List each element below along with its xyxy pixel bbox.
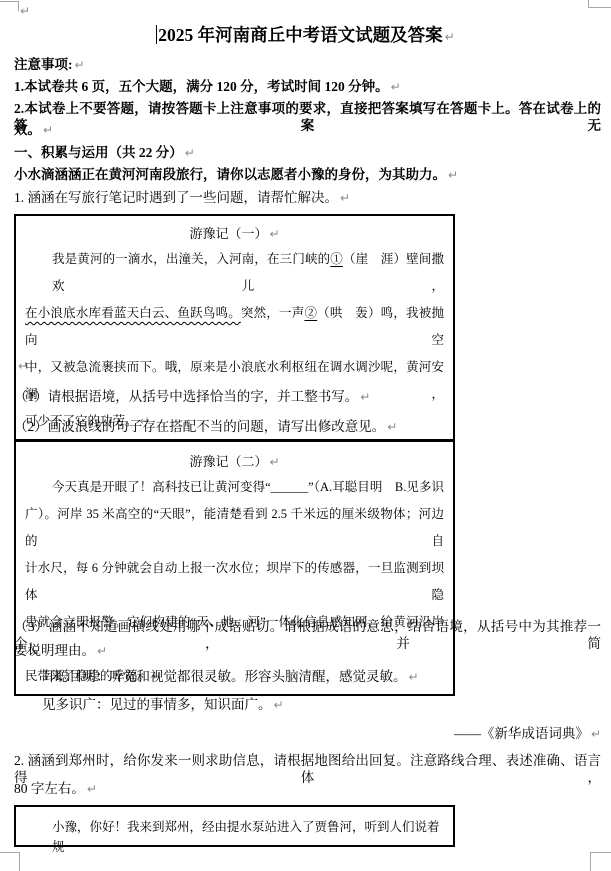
passage-1-line-1: 我是黄河的一滴水，出潼关，入河南，在三门峡的①（崖 涯）壁间撒欢儿， — [25, 246, 444, 300]
blank-underline: ______ — [271, 480, 309, 494]
paragraph-mark-icon: ↵ — [85, 781, 97, 798]
question-1-sub-1-text: （1）请根据语境，从括号中选择恰当的字，并工整书写。 — [14, 389, 358, 404]
section-intro: 小水滴涵涵正在黄河河南段旅行，请你以志愿者小豫的身份，为其助力。↵ — [14, 166, 601, 184]
passage-2-title-text: 游豫记（二） — [189, 454, 267, 469]
idiom-definition-2-text: 见多识广：见过的事情多，知识面广。 — [42, 697, 272, 712]
passage-2-line-1: 今天真是开眼了！高科技已让黄河变得“______”（A.耳聪目明 B.见多识 — [25, 474, 444, 501]
idiom-definition-1-text: 耳聪目明：听觉和视觉都很灵敏。形容头脑清醒，感觉灵敏。 — [42, 669, 407, 684]
paragraph-mark-icon: ↵ — [338, 190, 350, 207]
passage-text: ”（A.耳聪目明 B.见多识 — [308, 480, 444, 494]
paragraph-mark-icon: ↵ — [389, 79, 401, 96]
section-heading: 一、积累与运用（共 22 分）↵ — [14, 144, 601, 162]
passage-2-line-3: 计水尺，每 6 分钟就会自动上报一次水位；坝岸下的传感器，一旦监测到坝体隐 — [25, 555, 444, 609]
passage-text: 今天真是开眼了！高科技已让黄河变得“ — [52, 480, 271, 494]
message-line-1: 小豫，你好！我来到郑州，经由提水泵站进入了贾鲁河，听到人们说着规 — [25, 817, 444, 857]
idiom-definition-2: 见多识广：见过的事情多，知识面广。↵ — [42, 696, 611, 714]
notice-item-2-text: 效。 — [14, 122, 41, 137]
passage-2-line-2: 广）。河岸 35 米高空的“天眼”，能清楚看到 2.5 千米远的厘米级物体；河边… — [25, 501, 444, 555]
notice-item-1: 1.本试卷共 6 页，五个大题，满分 120 分，考试时间 120 分钟。↵ — [14, 78, 601, 96]
exam-title-text: 2025 年河南商丘中考语文试题及答案 — [158, 25, 442, 45]
source-citation-text: ——《新华成语词典》 — [454, 726, 589, 741]
question-1-sub-1: （1）请根据语境，从括号中选择恰当的字，并工整书写。↵ — [14, 388, 601, 406]
paragraph-mark-icon: ↵ — [267, 222, 279, 246]
passage-text: 突然，一声 — [241, 306, 305, 320]
passage-box-1: 游豫记（一）↵ 我是黄河的一滴水，出潼关，入河南，在三门峡的①（崖 涯）壁间撒欢… — [14, 214, 455, 441]
notice-heading-text: 注意事项: — [14, 57, 73, 72]
exam-title: 2025 年河南商丘中考语文试题及答案↵ — [0, 22, 611, 50]
paragraph-mark-icon: ↵ — [183, 145, 195, 162]
paragraph-mark-icon: ↵ — [358, 389, 370, 406]
section-heading-text: 一、积累与运用（共 22 分） — [14, 145, 183, 160]
notice-item-1-text: 1.本试卷共 6 页，五个大题，满分 120 分，考试时间 120 分钟。 — [14, 79, 389, 94]
document-page[interactable]: ↵ 2025 年河南商丘中考语文试题及答案↵ 注意事项:↵ 1.本试卷共 6 页… — [0, 0, 611, 871]
paragraph-mark-icon: ↵ — [41, 122, 53, 139]
notice-heading: 注意事项:↵ — [14, 56, 601, 74]
passage-1-title: 游豫记（一）↵ — [25, 222, 444, 246]
source-citation: ——《新华成语词典》↵ — [14, 725, 601, 743]
margin-crop-mark-top-left — [0, 1, 19, 11]
paragraph-mark-icon: ↵ — [443, 24, 455, 50]
passage-text: 我是黄河的一滴水，出潼关，入河南，在三门峡的 — [52, 252, 330, 266]
question-1-sub-3-text: 要说明理由。 — [14, 643, 95, 658]
circled-number-2: ② — [304, 306, 317, 320]
question-1-sub-2: （2）画波浪线的句子存在搭配不当的问题，请写出修改意见。↵ — [14, 418, 601, 436]
question-1-stem-text: 1. 涵涵在写旅行笔记时遇到了一些问题，请帮忙解决。 — [14, 190, 338, 205]
notice-item-2-line-2: 效。↵ — [14, 121, 601, 139]
question-1-stem: 1. 涵涵在写旅行笔记时遇到了一些问题，请帮忙解决。↵ — [14, 189, 601, 207]
question-1-sub-2-text: （2）画波浪线的句子存在搭配不当的问题，请写出修改意见。 — [14, 419, 385, 434]
question-2-stem-text: 80 字左右。 — [14, 781, 85, 796]
paragraph-mark-icon: ↵ — [95, 643, 107, 660]
question-2-stem-line-2: 80 字左右。↵ — [14, 780, 601, 798]
idiom-definition-1: 耳聪目明：听觉和视觉都很灵敏。形容头脑清醒，感觉灵敏。↵ — [42, 668, 611, 686]
paragraph-mark-icon: ↵ — [267, 450, 279, 474]
message-box: 小豫，你好！我来到郑州，经由提水泵站进入了贾鲁河，听到人们说着规 — [14, 805, 455, 847]
margin-crop-mark-top-right — [588, 0, 611, 8]
wavy-underlined-sentence: 在小浪底水库看蓝天白云、鱼跃鸟鸣。 — [25, 306, 241, 320]
paragraph-mark-icon: ↵ — [446, 167, 458, 184]
paragraph-mark-icon: ↵ — [385, 419, 397, 436]
section-intro-text: 小水滴涵涵正在黄河河南段旅行，请你以志愿者小豫的身份，为其助力。 — [14, 167, 446, 182]
paragraph-mark-icon: ↵ — [18, 4, 30, 18]
passage-1-line-2: 在小浪底水库看蓝天白云、鱼跃鸟鸣。突然，一声②（哄 轰）鸣，我被抛向空 — [25, 300, 444, 354]
paragraph-mark-icon: ↵ — [73, 57, 85, 74]
paragraph-mark-icon: ↵ — [407, 669, 419, 686]
paragraph-mark-icon: ↵ — [589, 726, 601, 743]
paragraph-mark-icon: ↵ — [16, 359, 28, 373]
margin-crop-mark-bottom-right — [590, 852, 611, 871]
paragraph-mark-icon: ↵ — [272, 697, 284, 714]
passage-1-title-text: 游豫记（一） — [189, 226, 267, 241]
circled-number-1: ① — [330, 252, 343, 266]
question-1-sub-3-line-2: 要说明理由。↵ — [14, 642, 601, 660]
passage-2-title: 游豫记（二）↵ — [25, 450, 444, 474]
